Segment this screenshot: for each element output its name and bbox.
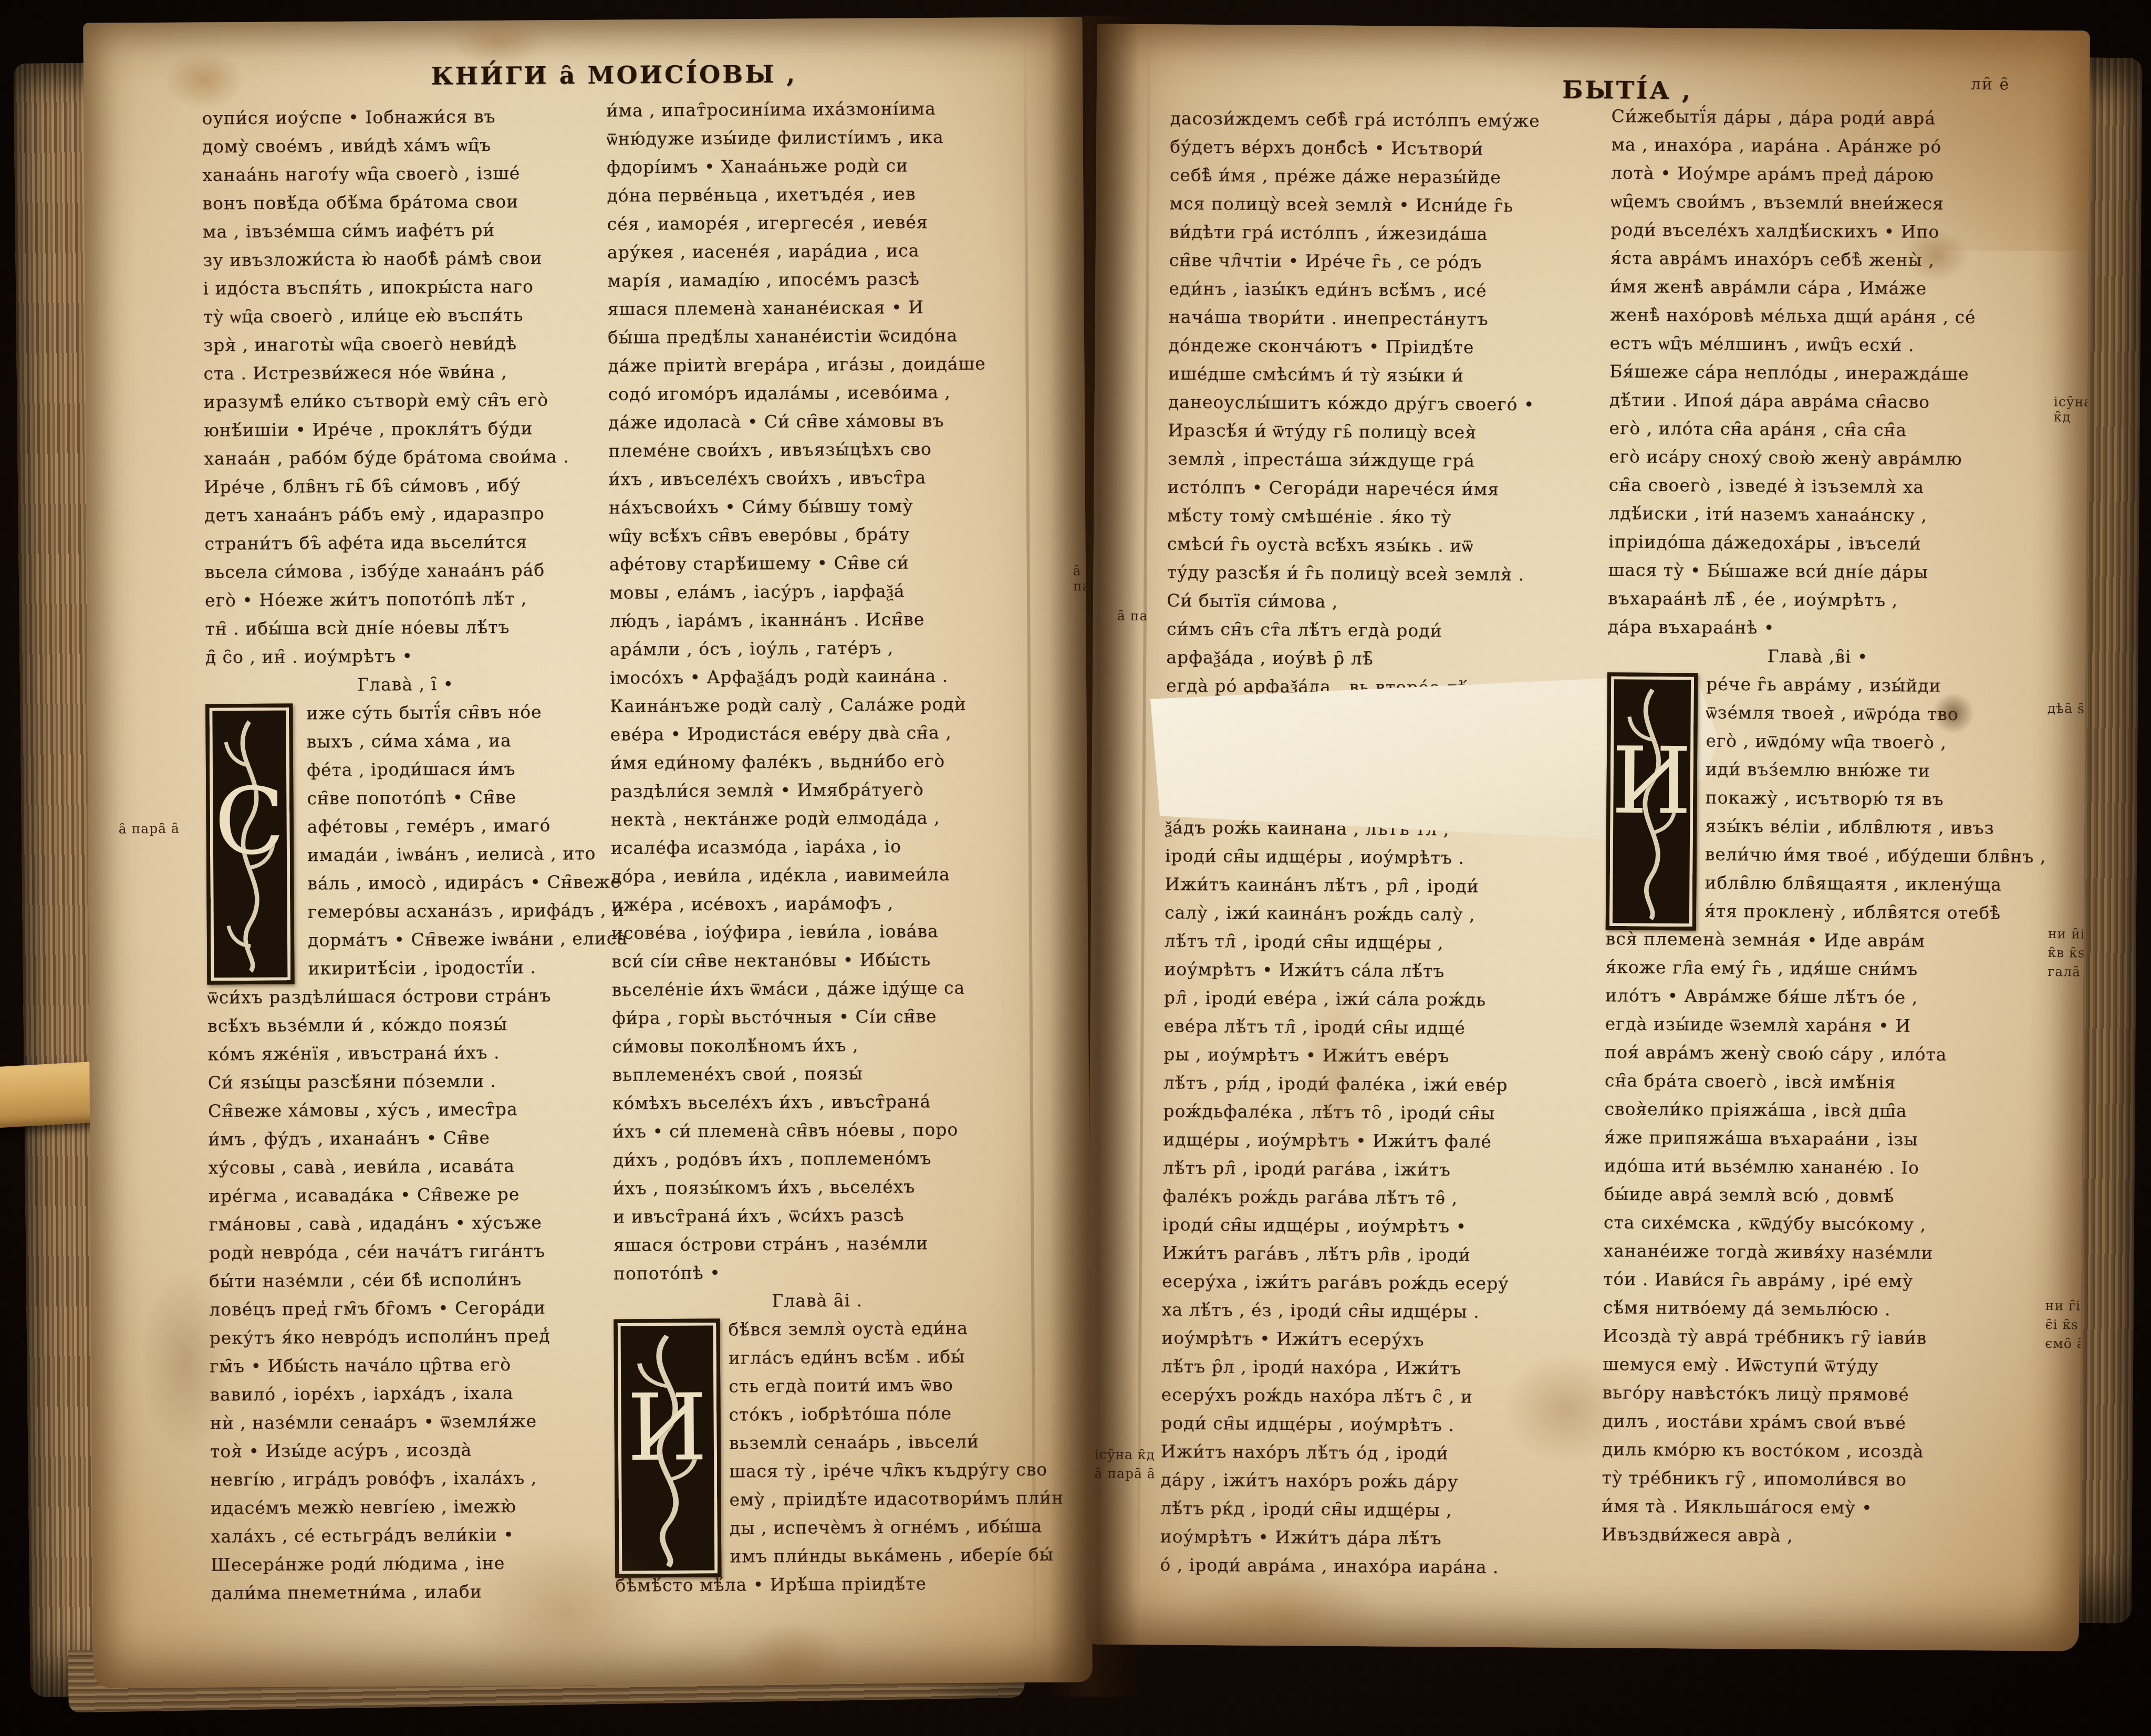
text-line: сн̑а своего̀ , ізведе́ я̀ ізъземля̀ ха — [1608, 471, 2029, 502]
text-line: ха лѣ́тъ , е́з , іроди́ сн̑ы идще́ры . — [1162, 1295, 1572, 1326]
text-line: си́мъ сн̑ъ ст̑а лѣ́тъ егда̀ роди́ — [1167, 615, 1576, 646]
text-line: зу ивъзложи́ста ю̀ наобѣ̀ ра́мѣ свои — [203, 244, 603, 275]
chapter-heading-12: Глава̀ ,в̑і • — [1607, 641, 2028, 672]
text-column-1: оупи́ся иоу́спе • Іобнажи́ся въдому̀ сво… — [202, 102, 611, 1608]
text-line: гма́новы , сава̀ , идада́нъ • ху́съже — [209, 1208, 609, 1239]
text-line: вьсела си́мова , ізбу́де ханаа́нъ ра́б — [205, 556, 605, 587]
folio-number: ли̑ е̑ — [1971, 75, 2010, 94]
text-line: племе́не свои́хъ , ивъязы́цѣхъ сво — [608, 434, 1015, 465]
ornamental-initial-S: С — [205, 703, 294, 984]
text-line: ту̀ тре́бникъ гу̑ , ипомоли́вся во — [1602, 1463, 2022, 1495]
text-line: ко́мъ яже́нїя , ивъстрана́ и́хъ . — [207, 1038, 608, 1069]
text-line: ту̀ ѡц̑а своего̀ , или́це ею̀ въспя́ть — [203, 300, 604, 331]
text-line: Сн̑веже ха́мовы , ху́съ , имест̑ра — [208, 1095, 608, 1126]
text-line: хала́хъ , се́ естьгра́дъ вели́кіи • — [211, 1520, 611, 1551]
text-line: і идо́ста въспя́ть , ипокры́ста наго — [203, 272, 603, 303]
text-line: себѣ̀ и́мя , пре́же да́же неразы́йде — [1170, 161, 1580, 192]
text-line: ѡц̑емъ свои́мъ , въземли́ внеи́жеся — [1610, 187, 2031, 219]
text-line: иоу́мрѣтъ • Ижи́тъ есеру́хъ — [1161, 1324, 1571, 1355]
text-line: ханаа́нь нагот́у ѡц̑а своего̀ , ізше́ — [202, 159, 602, 190]
text-line: некта̀ , некта́нже родѝ елмода́да , — [610, 803, 1017, 834]
chapter-11-opening: И бѣ́вся земля̀ оуста̀ еди́наигла́съ еди… — [614, 1314, 1022, 1600]
text-line: ѿси́хъ раздѣли́шася о́строви стра́нъ — [207, 981, 608, 1012]
text-line: лота̀ • Иоу́мре ара́мъ пред̾ да́рою — [1611, 159, 2031, 190]
text-line: данеоуслы́шитъ ко́ждо дру́гъ своего́ • — [1168, 388, 1578, 419]
text-line: и́мя та̀ . Иякльша́гося ему̀ • — [1602, 1492, 2022, 1523]
text-line: ма , инахо́ра , иара́на . Ара́нже ро́ — [1611, 130, 2031, 162]
text-line: роди́ сн̑ы идще́ры , иоу́мрѣтъ . — [1161, 1409, 1571, 1440]
text-line: лове́цъ пред̾ гм̑ъ бг̑омъ • Сегора́ди — [209, 1293, 609, 1324]
text-line: и́мя еди́ному фале́къ , вьдни́бо его̀ — [610, 746, 1017, 777]
text-line: оупи́ся иоу́спе • Іобнажи́ся въ — [202, 102, 602, 133]
text-line: ара́мли , о́съ , іоу́ль , гате́ръ , — [609, 633, 1016, 664]
text-line: иоу́мрѣтъ • Ижи́тъ да́ра лѣ́тъ — [1160, 1522, 1570, 1553]
text-line: я́ста авра́мъ инахо́ръ себѣ̀ жены̀ , — [1610, 244, 2031, 275]
text-line: страни́тъ бъ̑ афе́та ида вьсели́тся — [204, 527, 605, 558]
text-line: естъ ѡц̑ъ ме́лшинъ , иѡц̑ъ есхи́ . — [1609, 329, 2030, 360]
text-line: іроди́ сн̑ы идще́ры , иоу́мрѣтъ • — [1162, 1210, 1572, 1241]
text-line: Ире́че , блв̑нъ гь̑ бъ̑ си́мовъ , ибу́ — [204, 471, 605, 502]
text-line: да́ра въхараа́нѣ • — [1608, 612, 2028, 644]
text-line: еди́нъ , іазы́къ еди́нъ всѣ́мъ , исе́ — [1169, 274, 1578, 305]
text-line: яшася о́строви стра́нъ , назе́мли — [613, 1229, 1020, 1260]
text-line: земля̀ , іпреста́ша зи́ждуще гра́ — [1168, 444, 1577, 475]
text-line: мовы , ела́мъ , іасу́ръ , іарфаѯа́ — [609, 576, 1016, 607]
text-line: се́я , иаморе́я , игергесе́я , иеве́я — [607, 207, 1014, 238]
text-line: роди́ въселе́хъ халдѣ́искихъ • Ипо — [1610, 215, 2031, 247]
text-line: бы́ти назе́мли , се́и бѣ̀ исполи́нъ — [209, 1265, 609, 1296]
text-line: Иразсѣ́я и́ ѿту́ду гь̑ полицу̀ всея̀ — [1168, 416, 1577, 447]
text-line: есеру́ха , іжи́тъ рага́въ рож́дь есеру́ — [1162, 1267, 1572, 1298]
text-line: яшася племена̀ ханане́иская • И — [608, 293, 1015, 324]
text-line: Ижи́тъ рага́въ , лѣ́тъ рл̑в , іроди́ — [1162, 1239, 1572, 1270]
text-line: ста сихе́мска , кѿду́бу высо́кому , — [1604, 1208, 2024, 1240]
text-line: иоу́мрѣтъ • Ижи́тъ са́ла лѣ́тъ — [1164, 955, 1574, 986]
text-line: и ивъст̑рана́ и́хъ , ѿси́хъ разсѣ — [613, 1200, 1020, 1231]
text-line: и́хъ • си́ племена̀ сн̑въ но́евы , поро — [612, 1115, 1020, 1146]
text-line: и́мъ , фу́дъ , иханаа́нъ • Сн̑ве — [208, 1123, 608, 1154]
text-line: идасе́мъ межю̀ невгі́ею , імежю̀ — [210, 1492, 610, 1523]
text-line: Ивъздви́жеся авра̀ , — [1602, 1520, 2022, 1552]
text-line: рл̑ , іроди́ еве́ра , іжи́ са́ла рож́дь — [1164, 983, 1574, 1014]
text-line: лю́дъ , іара́мъ , іканна́нъ . Исн̑ве — [609, 605, 1016, 636]
text-line: юнѣ́ишіи • Ире́че , прокля́тъ бу́ди — [204, 414, 604, 445]
text-line: я́же припяжа́ша въхараа́ни , ізы — [1604, 1123, 2024, 1155]
text-line: ма , івъзе́мша си́мъ иафе́тъ ри́ — [203, 215, 603, 246]
text-line: ише́дше смѣси́мъ и́ ту̀ язы́ки и́ — [1168, 359, 1578, 390]
text-line: салу̀ , іжи́ каина́нъ рож́дь салу̀ , — [1165, 898, 1574, 929]
text-line: ры , иоу́мрѣтъ • Ижи́тъ еве́ръ — [1163, 1040, 1573, 1071]
text-line: детъ ханаа́нъ ра́бъ ему̀ , идаразпро — [204, 499, 605, 530]
text-line: вавило́ , іоре́хъ , іарха́дъ , іхала — [210, 1378, 610, 1409]
margin-note-paralipomenon: а̑ пара̑ а̑ — [119, 821, 180, 837]
text-line: лдѣ́иски , іти́ наземъ ханаа́нску , — [1608, 499, 2029, 531]
text-line: исто́лпъ • Сегора́ди нарече́ся и́мя — [1167, 473, 1577, 504]
text-line: вонъ повѣ́да обѣ́ма бра́тома свои — [202, 187, 602, 218]
text-line: ханаа́н , рабо́м бу́де бра́тома свои́ма … — [204, 442, 604, 473]
text-line: исове́ва , іоу́фира , іеви́ла , іова́ва — [611, 917, 1019, 948]
text-line: ви́дѣти гра́ исто́лпъ , и́жезида́ша — [1169, 217, 1579, 248]
text-line: сн̑а бра́та своего̀ , івся̀ имѣ́нія — [1605, 1066, 2025, 1098]
text-line: реку́тъ я́ко невро́дъ исполи́нъ пред̾ — [209, 1322, 609, 1353]
text-line: есеру́хъ рож́дь нахо́ра лѣ́тъ с̑ , и — [1161, 1380, 1571, 1411]
text-line: фдорі́имъ • Ханаа́ньже родѝ си — [607, 151, 1014, 182]
text-line: Бя́шеже са́ра непло́ды , инеражда́ше — [1609, 357, 2030, 389]
text-line: до́на перве́ньца , ихетъде́я , иев — [607, 179, 1014, 210]
chapter-heading-10: Глава̀ , і̑ • — [205, 669, 606, 700]
text-line: фале́къ рож́дь рага́ва лѣ́тъ тѳ̑ , — [1162, 1182, 1572, 1213]
text-line: тн̑ . ибы́ша всѝ дні́е но́евы лѣ́тъ — [205, 612, 605, 643]
running-head-left: КНИ́ГИ а̑ МОИСІ́ОВЫ , — [414, 59, 814, 90]
text-line: Ижи́тъ нахо́ръ лѣ́тъ о́д , іроди́ — [1161, 1437, 1571, 1468]
text-line: дасози́ждемъ себѣ̀ гра́ исто́лпъ ему́же — [1170, 104, 1580, 135]
text-line: да́же пріитѝ вгера́ра , ига́зы , доида́ш… — [608, 349, 1015, 380]
text-line: Исозда̀ ту̀ авра́ тре́бникъ гу̑ іави́в — [1603, 1322, 2023, 1353]
text-line: зря̀ , инаготы̀ ѡц̑а своего̀ неви́дѣ — [203, 329, 604, 360]
text-line: поя́ авра́мъ жену̀ свою́ са́ру , ило́та — [1605, 1038, 2025, 1069]
text-line: содо́ игомо́ръ идала́мы , исево́има , — [608, 378, 1015, 409]
text-line: лѣ́тъ , рл́д , іроди́ фале́ка , іжи́ еве… — [1163, 1068, 1573, 1099]
text-line: еве́ра лѣ́тъ тл̑ , іроди́ сн̑ы идще́ — [1163, 1012, 1573, 1043]
text-line: шася ту̀ • Бы́шаже вси́ дні́е да́ры — [1608, 556, 2028, 587]
text-line: мѣ́сту тому̀ смѣше́ніе . я́ко ту̀ — [1167, 501, 1577, 532]
text-line: его̀ иса́ру сноху́ свою̀ жену̀ авра́млю — [1609, 442, 2029, 474]
text-line: женѣ̀ нахо́ровѣ ме́льха дщи́ ара́ня , се… — [1610, 300, 2030, 332]
text-line: Каина́нъже родѝ салу̀ , Сала́же родѝ — [610, 690, 1017, 721]
text-line: Си́жебытї́я да́ры , да́ра роди́ авра́ — [1611, 102, 2031, 133]
text-line: родѝ невро́да , се́и нача́тъ гига́нтъ — [209, 1236, 609, 1267]
ornamental-initial-I: И — [614, 1318, 721, 1577]
text-line: то́и . Иави́ся г̑ь авра́му , іре́ ему̀ — [1603, 1265, 2023, 1296]
text-line: Шесера́нже роди́ лю́дима , іне — [211, 1548, 611, 1579]
text-line: д̑ с̑о , ин̑ . иоу́мрѣтъ • — [205, 641, 606, 672]
text-line: ару́кея , иасене́я , иара́диа , иса — [607, 236, 1014, 267]
text-column-4: Си́жебытї́я да́ры , да́ра роди́ авра́ма … — [1602, 102, 2032, 1552]
text-line: си́мовы поколѣ́номъ и́хъ , — [612, 1030, 1019, 1061]
text-line: ко́мѣхъ вьселе́хъ и́хъ , ивъст̑рана́ — [612, 1087, 1020, 1118]
text-line: арфаѯа́да , иоу́вѣ р̑ лѣ̑ — [1166, 643, 1576, 674]
text-line: імосо́хъ • Арфаѯа́дъ родѝ каина́на . — [610, 661, 1017, 692]
text-line: вьго́ру навѣсто́къ лицу̀ прямове́ — [1602, 1378, 2022, 1410]
text-line: бы́ша предѣ́лы ханане́истіи ѿсидо́на — [608, 321, 1015, 352]
text-line: егда̀ изы́иде ѿземля̀ хара́ня • И — [1605, 1010, 2025, 1041]
text-line: дилъ , иоста́ви хра́мъ свои́ въве́ — [1602, 1407, 2022, 1438]
stain — [713, 1605, 871, 1688]
text-line: на́хъсвои́хъ • Си́му бы́вшу тому̀ — [609, 491, 1016, 522]
column-4-text: Си́жебытї́я да́ры , да́ра роди́ авра́ма … — [1608, 102, 2032, 644]
text-line: еве́ра • Иродиста́ся еве́ру два̀ сн̑а , — [610, 718, 1017, 749]
text-line: ило́тъ • Авра́мже бя́ше лѣ́тъ о́е , — [1605, 981, 2025, 1013]
text-line: идще́ры , иоу́мрѣтъ • Ижи́тъ фале́ — [1163, 1125, 1573, 1156]
text-line: ху́совы , сава̀ , иеви́ла , исава́та — [208, 1151, 608, 1182]
text-line: Си́ язы́цы разсѣ́яни по́земли . — [207, 1066, 608, 1097]
text-line: о́ , іроди́ авра́ма , инахо́ра иара́на . — [1160, 1551, 1570, 1582]
text-line: его̀ , ило́та сн̑а ара́ня , сн̑а сн̑а — [1609, 414, 2029, 445]
text-line: до́ра , иеви́ла , иде́кла , иавимеи́ла — [611, 860, 1018, 891]
text-line: ѿню́дуже изы́иде филисті́имъ , ика — [607, 122, 1014, 153]
text-line: гм̑ъ • Ибы́сть нача́ло цр̑тва его̀ — [210, 1350, 610, 1381]
text-line: да́же идоласа̀ • Си́ сн̑ве ха́мовы въ — [608, 406, 1015, 437]
text-line: Си́ бытїя си́мова , — [1167, 586, 1576, 617]
text-line: всѣ́хъ вьзе́мли и́ , ко́ждо поязы́ — [207, 1010, 608, 1041]
left-page-gutter-crease — [1023, 17, 1036, 1682]
text-line: и́хъ , поязы́комъ и́хъ , вьселе́хъ — [613, 1172, 1020, 1203]
text-line: вси́ сі́и сн̑ве нектано́вы • Ибы́сть — [611, 945, 1019, 976]
text-line: фи́ра , горы̀ вьсто́чныя • Сі́и сн̑ве — [612, 1002, 1019, 1033]
text-line: лѣ́тъ рл̑ , іроди́ рага́ва , іжи́тъ — [1162, 1153, 1572, 1184]
text-line: сн̑ве чл̑чтіи • Ире́че г̑ь , се ро́дъ — [1169, 246, 1578, 277]
text-line: вьплемене́хъ свои́ , поязы́ — [612, 1058, 1019, 1089]
text-line: лѣ́тъ р̑л , іроди́ нахо́ра , Ижи́тъ — [1161, 1352, 1571, 1383]
book-gutter-shadow — [1049, 16, 1139, 1697]
text-line: я́коже гл̑а ему́ г̑ь , идя́ше сни́мъ — [1605, 953, 2025, 984]
text-line: тоя̀ • Изы́де асу́ръ , исозда̀ — [210, 1435, 610, 1466]
text-line: до́ндеже сконча́ютъ • Пріидѣ́те — [1168, 331, 1578, 362]
text-line: марі́я , иамаді́ю , ипосе́мъ разсѣ — [607, 264, 1014, 295]
text-line: и́ма , ипат̑росині́има иха́змоні́има — [606, 94, 1013, 125]
margin-note-joshua: ісу̑на к̑д — [2054, 394, 2090, 425]
right-page: БЫТІ́А , ли̑ е̑ дасози́ждемъ себѣ̀ гра́ … — [1086, 24, 2090, 1651]
text-line: лѣ́тъ рќд , іроди́ сн̑ы идще́ры , — [1160, 1494, 1570, 1525]
text-column-3: дасози́ждемъ себѣ̀ гра́ исто́лпъ ему́жеб… — [1160, 104, 1580, 1582]
text-line: шемуся ему̀ . Иѿступи́ ѿту́ду — [1603, 1350, 2023, 1381]
text-line: иже́ра , исе́вохъ , иара́мофъ , — [611, 888, 1018, 919]
text-line: ди́хъ , родо́въ и́хъ , поплемено́мъ — [612, 1144, 1020, 1174]
text-line: да́ру , іжи́тъ нахо́ръ рож́ь да́ру — [1160, 1465, 1570, 1496]
column-1-text: оупи́ся иоу́спе • Іобнажи́ся въдому̀ сво… — [202, 102, 606, 672]
text-line: иразумѣ̀ ели́ко сътворѝ ему̀ сн̑ъ его̀ — [204, 386, 604, 417]
text-line: афе́тову старѣ́ишему • Сн̑ве си́ — [609, 548, 1016, 579]
column-3-text: дасози́ждемъ себѣ̀ гра́ исто́лпъ ему́жеб… — [1160, 104, 1580, 1582]
text-line: вьселе́ніе и́хъ ѿма́си , да́же іду́ще са — [611, 973, 1019, 1004]
text-line: раздѣли́ся земля̀ • Имябра́туего̀ — [610, 775, 1017, 806]
text-line: идо́ша ити́ вьзе́млю ханане́ю . Іо — [1604, 1151, 2024, 1183]
column-2-text: и́ма , ипат̑росині́има иха́змоні́имаѿню́… — [606, 94, 1021, 1288]
text-line: іпріидо́ша да́жедоха́ры , івъсели́ — [1608, 527, 2029, 559]
text-line: рож́дьфале́ка , лѣ́тъ то̑ , іроди́ сн̑ы — [1163, 1097, 1573, 1128]
text-line: бу́детъ ве́рхъ донб̑сѣ • Исътвори́ — [1170, 132, 1580, 163]
text-line: своя̀ели́ко пріяжа́ша , івся̀ дш̑а — [1604, 1095, 2024, 1126]
ornamental-initial-I: И — [1606, 672, 1698, 930]
text-line: лѣ́тъ тл̑ , іроди́ сн̑ы идще́ры , — [1164, 927, 1574, 958]
running-head-right: БЫТІ́А , — [1464, 75, 1790, 105]
text-line: ту́ду разсѣ́я и́ г̑ь полицу̀ всея̀ земля… — [1167, 558, 1576, 589]
left-page: КНИ́ГИ а̑ МОИСІ́ОВЫ , оупи́ся иоу́спе • … — [83, 17, 1092, 1688]
text-line: іроди́ сн̑ы идще́ры , иоу́мрѣтъ . — [1165, 841, 1575, 872]
text-line: ѡц̑у всѣ́хъ сн̑въ еверо́вы , бра́ту — [609, 519, 1016, 550]
text-column-2: и́ма , ипат̑росині́има иха́змоні́имаѿню́… — [606, 94, 1022, 1600]
text-line: ире́гма , исавада́ка • Сн̑веже ре — [209, 1180, 609, 1211]
text-line: его̀ • Но́еже жи́тъ попото́пѣ лѣ́т , — [205, 584, 605, 615]
chapter-12-opening: И ре́че г̑ь авра́му , изы́йдиѿзе́мля тво… — [1602, 669, 2028, 1552]
text-line: ханане́иже тогда̀ живя́ху назе́мли — [1603, 1236, 2023, 1268]
text-line: въхараа́нѣ лѣ̑ , е́е , иоу́мрѣтъ , — [1608, 584, 2028, 616]
text-line: дѣ́тии . Ипоя́ да́ра авра́ма сн̑асво — [1609, 386, 2030, 417]
text-line: бы́иде авра́ земля̀ всю́ , довмѣ́ — [1604, 1180, 2024, 1211]
text-line: исале́фа исазмо́да , іара́ха , іо — [611, 831, 1018, 862]
book-photo: КНИ́ГИ а̑ МОИСІ́ОВЫ , оупи́ся иоу́спе • … — [0, 0, 2151, 1736]
text-line: и́мя женѣ̀ авра́мли са́ра , Има́же — [1610, 272, 2030, 304]
text-line: Ижи́тъ каина́нъ лѣ́тъ , рл̑ , іроди́ — [1165, 870, 1574, 901]
text-line: нача́ша твори́ти . инепреста́нутъ — [1169, 303, 1578, 334]
text-line: дали́ма пнеметни́ма , илаби — [211, 1577, 611, 1608]
text-line: смѣси́ г̑ь оуста̀ всѣ́хъ язы́кь . иѿ — [1167, 529, 1577, 560]
text-line: нѝ , назе́мли сенаа́ръ • ѿземля́же — [210, 1407, 610, 1438]
chapter-10-opening: С иже су́ть бытї́я сн̑въ но́евыхъ , си́м… — [205, 698, 611, 1608]
text-line: сѣ́мя нитво́ему да́ земьлю́сю . — [1603, 1293, 2023, 1325]
text-line: мся полицу̀ всея̀ земля̀ • Исни́де г̑ь — [1169, 189, 1579, 220]
text-line: попото́пѣ • — [614, 1257, 1021, 1288]
margin-note-acts: дѣа̑ ѕ̑ — [2048, 701, 2085, 716]
chapter-heading-11: Глава̀ а̑і . — [614, 1285, 1021, 1316]
text-line: и́хъ , ивъселе́хъ свои́хъ , ивъст̑ра — [608, 463, 1015, 494]
text-line: диль кмо́рю къ восто́ком , исозда̀ — [1602, 1435, 2022, 1467]
text-line: невгі́ю , игра́дъ рово́фъ , іхала́хъ , — [210, 1463, 610, 1494]
text-line: ста . Истрезви́жеся но́е ѿви́на , — [203, 357, 604, 388]
text-line: дому̀ свое́мъ , иви́дѣ ха́мъ ѡц̑ъ — [202, 130, 602, 161]
